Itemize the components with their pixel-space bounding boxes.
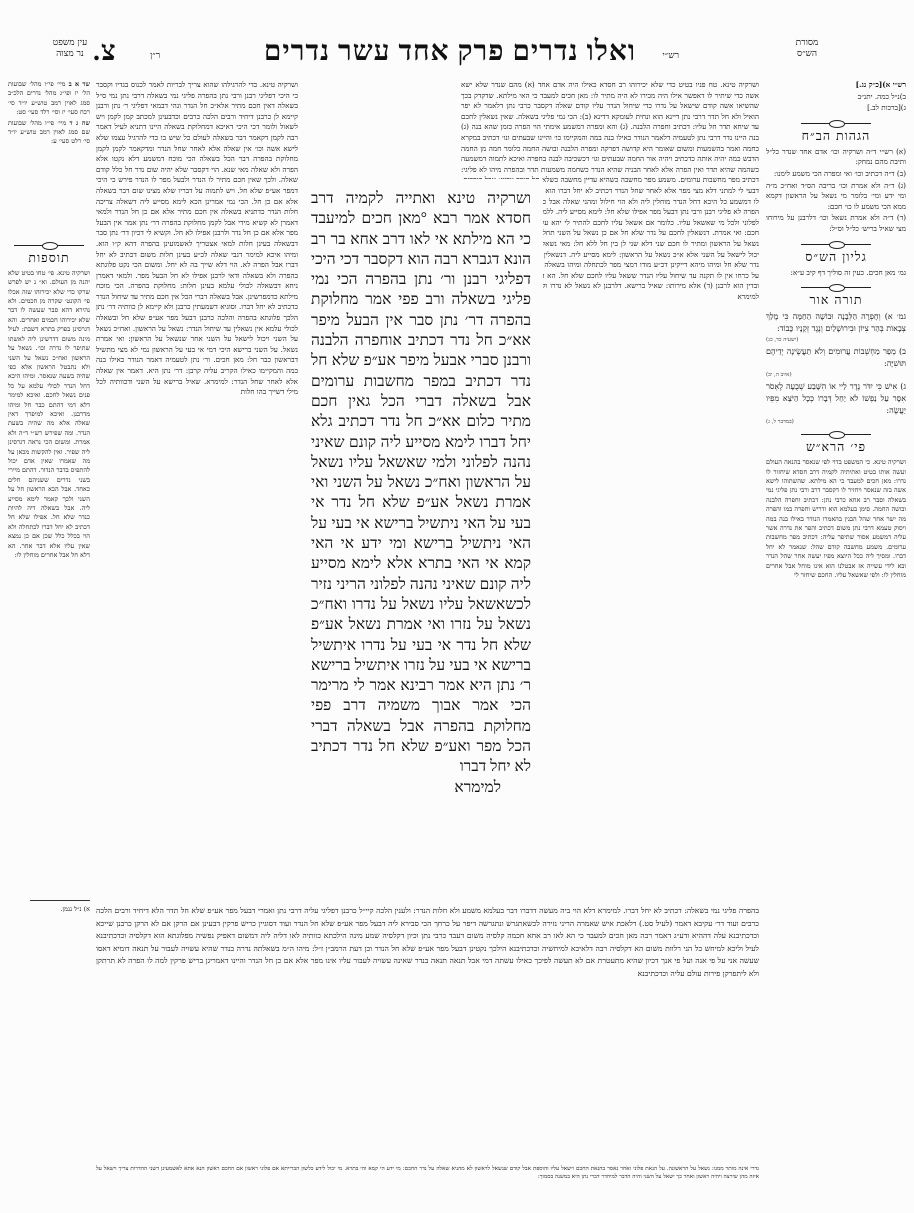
left-margin: שד א ב מיי׳ פי״ו מהל׳ שבועות הל׳ יז ופי״… bbox=[8, 80, 90, 914]
pi-harosh-title: פי׳ הרא״ש bbox=[766, 439, 906, 455]
ein-mishpat-label: עין משפט נר מצוה bbox=[45, 38, 95, 60]
torah-or-verse: ב) מֵפֵר מַחְשְׁבוֹת עֲרוּמִים וְלֹא תַע… bbox=[766, 346, 906, 370]
hagahot-note: (ב) ד״ה דכתיב וכו׳ ואי ומפרה הכי משמע לי… bbox=[766, 169, 906, 180]
gilyon-hashas: גמ׳ מאן חכים. כעין זה סוליך דף קיב ע״א: bbox=[766, 268, 906, 279]
ornamental-divider bbox=[801, 241, 871, 247]
torah-or-title: תורה אור bbox=[766, 292, 906, 308]
mesoret-hashas-refs: רש״י א)[כ״ק נג.] ב)נ״ל כמה. יתנ״ב ג)[ברכ… bbox=[766, 80, 906, 114]
page-title: ואלו נדרים פרק אחד עשר נדרים bbox=[264, 36, 636, 68]
gemara-block: ושרקיה טינא ואתייה לקמיה דרב חסדא אמר רב… bbox=[305, 185, 537, 802]
ein-mishpat-siman: שד א ב bbox=[69, 80, 90, 88]
ein-mishpat-siman: שה ג ד bbox=[69, 119, 90, 127]
right-margin: רש״י א)[כ״ק נג.] ב)נ״ל כמה. יתנ״ב ג)[ברכ… bbox=[766, 80, 906, 838]
daf-number: צ. bbox=[93, 36, 117, 68]
hagahot-note: (ד) ד״ה ולא אמרת נשאל וכו׳ דלרבנן על מיר… bbox=[766, 213, 906, 234]
hagahot-habach-title: הגהות הב״ח bbox=[766, 128, 906, 144]
verse-source: (במדבר ל, ג) bbox=[766, 419, 906, 425]
verse-source: (איוב ה, יב) bbox=[766, 372, 906, 378]
ran-bottom-text: בהפרה פליגי נמי בשאלה: דכתיב לא יחל דברו… bbox=[96, 905, 759, 1105]
hagahot-habach: (א) רש״י ד״ה ושרקיה וכו׳ אדם אחד שנדר כל… bbox=[766, 147, 906, 235]
torah-or-verse: ג) אִישׁ כִּי יִדֹּר נֶדֶר לַיי אוֹ הִשָ… bbox=[766, 381, 906, 417]
ran-commentary: ושרקיה טינא. כדי להרגילהו שהוא צריך לברי… bbox=[96, 80, 298, 820]
ein-mishpat-entry: שד א ב מיי׳ פי״ו מהל׳ שבועות הל׳ יז ופי״… bbox=[8, 80, 90, 118]
gilyon-hashas-title: גליון הש״ס bbox=[766, 249, 906, 265]
ornamental-divider bbox=[801, 120, 871, 126]
pi-harosh: ושרקיה טינא. כי המשפט בדוי לפי שנאסר בהנ… bbox=[766, 458, 906, 838]
ran-header-label: ר״ן bbox=[150, 50, 160, 61]
ein-mishpat: שד א ב מיי׳ פי״ו מהל׳ שבועות הל׳ יז ופי״… bbox=[8, 80, 90, 147]
mesoret-hashas-label: מסורת הש״ס bbox=[782, 38, 832, 60]
ornamental-divider bbox=[14, 242, 84, 248]
hagahot-note: (א) רש״י ד״ה ושרקיה וכו׳ אדם אחד שנדר כל… bbox=[766, 147, 906, 168]
ornamental-divider bbox=[801, 431, 871, 437]
mesoret-ref: רש״י א)[כ״ק נג.] bbox=[766, 80, 906, 91]
footnote-rule bbox=[30, 900, 90, 901]
torah-or: גמ׳ א) וְחָפְרָה הַלְּבָנָה וּבוֹשָׁה הַ… bbox=[766, 311, 906, 425]
footnote: א) נ״ל ננמן. bbox=[8, 905, 90, 914]
mesoret-ref: ג)[ברכות לב.] bbox=[766, 103, 906, 114]
gemara-text: ושרקיה טינא ואתייה לקמיה דרב חסדא אמר רב… bbox=[311, 189, 531, 778]
page-header: מסורת הש״ס רש״י ואלו נדרים פרק אחד עשר נ… bbox=[0, 38, 914, 72]
hagahot-note: (ג) ד״ה ולא אמרת וכו׳ בריבה הס״ד ואח״כ מ… bbox=[766, 181, 906, 213]
ornamental-divider bbox=[801, 284, 871, 290]
ran-text: ושרקיה טינא. כדי להרגילהו שהוא צריך לברי… bbox=[96, 80, 298, 398]
ein-mishpat-entry: שה ג ד מיי׳ פי״ו מהל׳ שבועות שם סמג לאוי… bbox=[8, 119, 90, 147]
gemara-end-word: למימרא bbox=[311, 778, 531, 798]
torah-or-verse: גמ׳ א) וְחָפְרָה הַלְּבָנָה וּבוֹשָׁה הַ… bbox=[766, 311, 906, 335]
tosafot-title: תוספות bbox=[8, 250, 90, 266]
tosafot: ושרקיה טינא. פי׳ טחו בטיט שלא יהנה מן הע… bbox=[8, 269, 90, 894]
mesoret-ref: ב)נ״ל כמה. יתנ״ב bbox=[766, 92, 906, 103]
verse-source: (ישעיה כד, כג) bbox=[766, 337, 906, 343]
ran-footer-line: נדרי אינה מותר ממנו: נשאל על הראשונה. על… bbox=[96, 1165, 759, 1181]
rashi-header-label: רש״י bbox=[662, 50, 679, 61]
